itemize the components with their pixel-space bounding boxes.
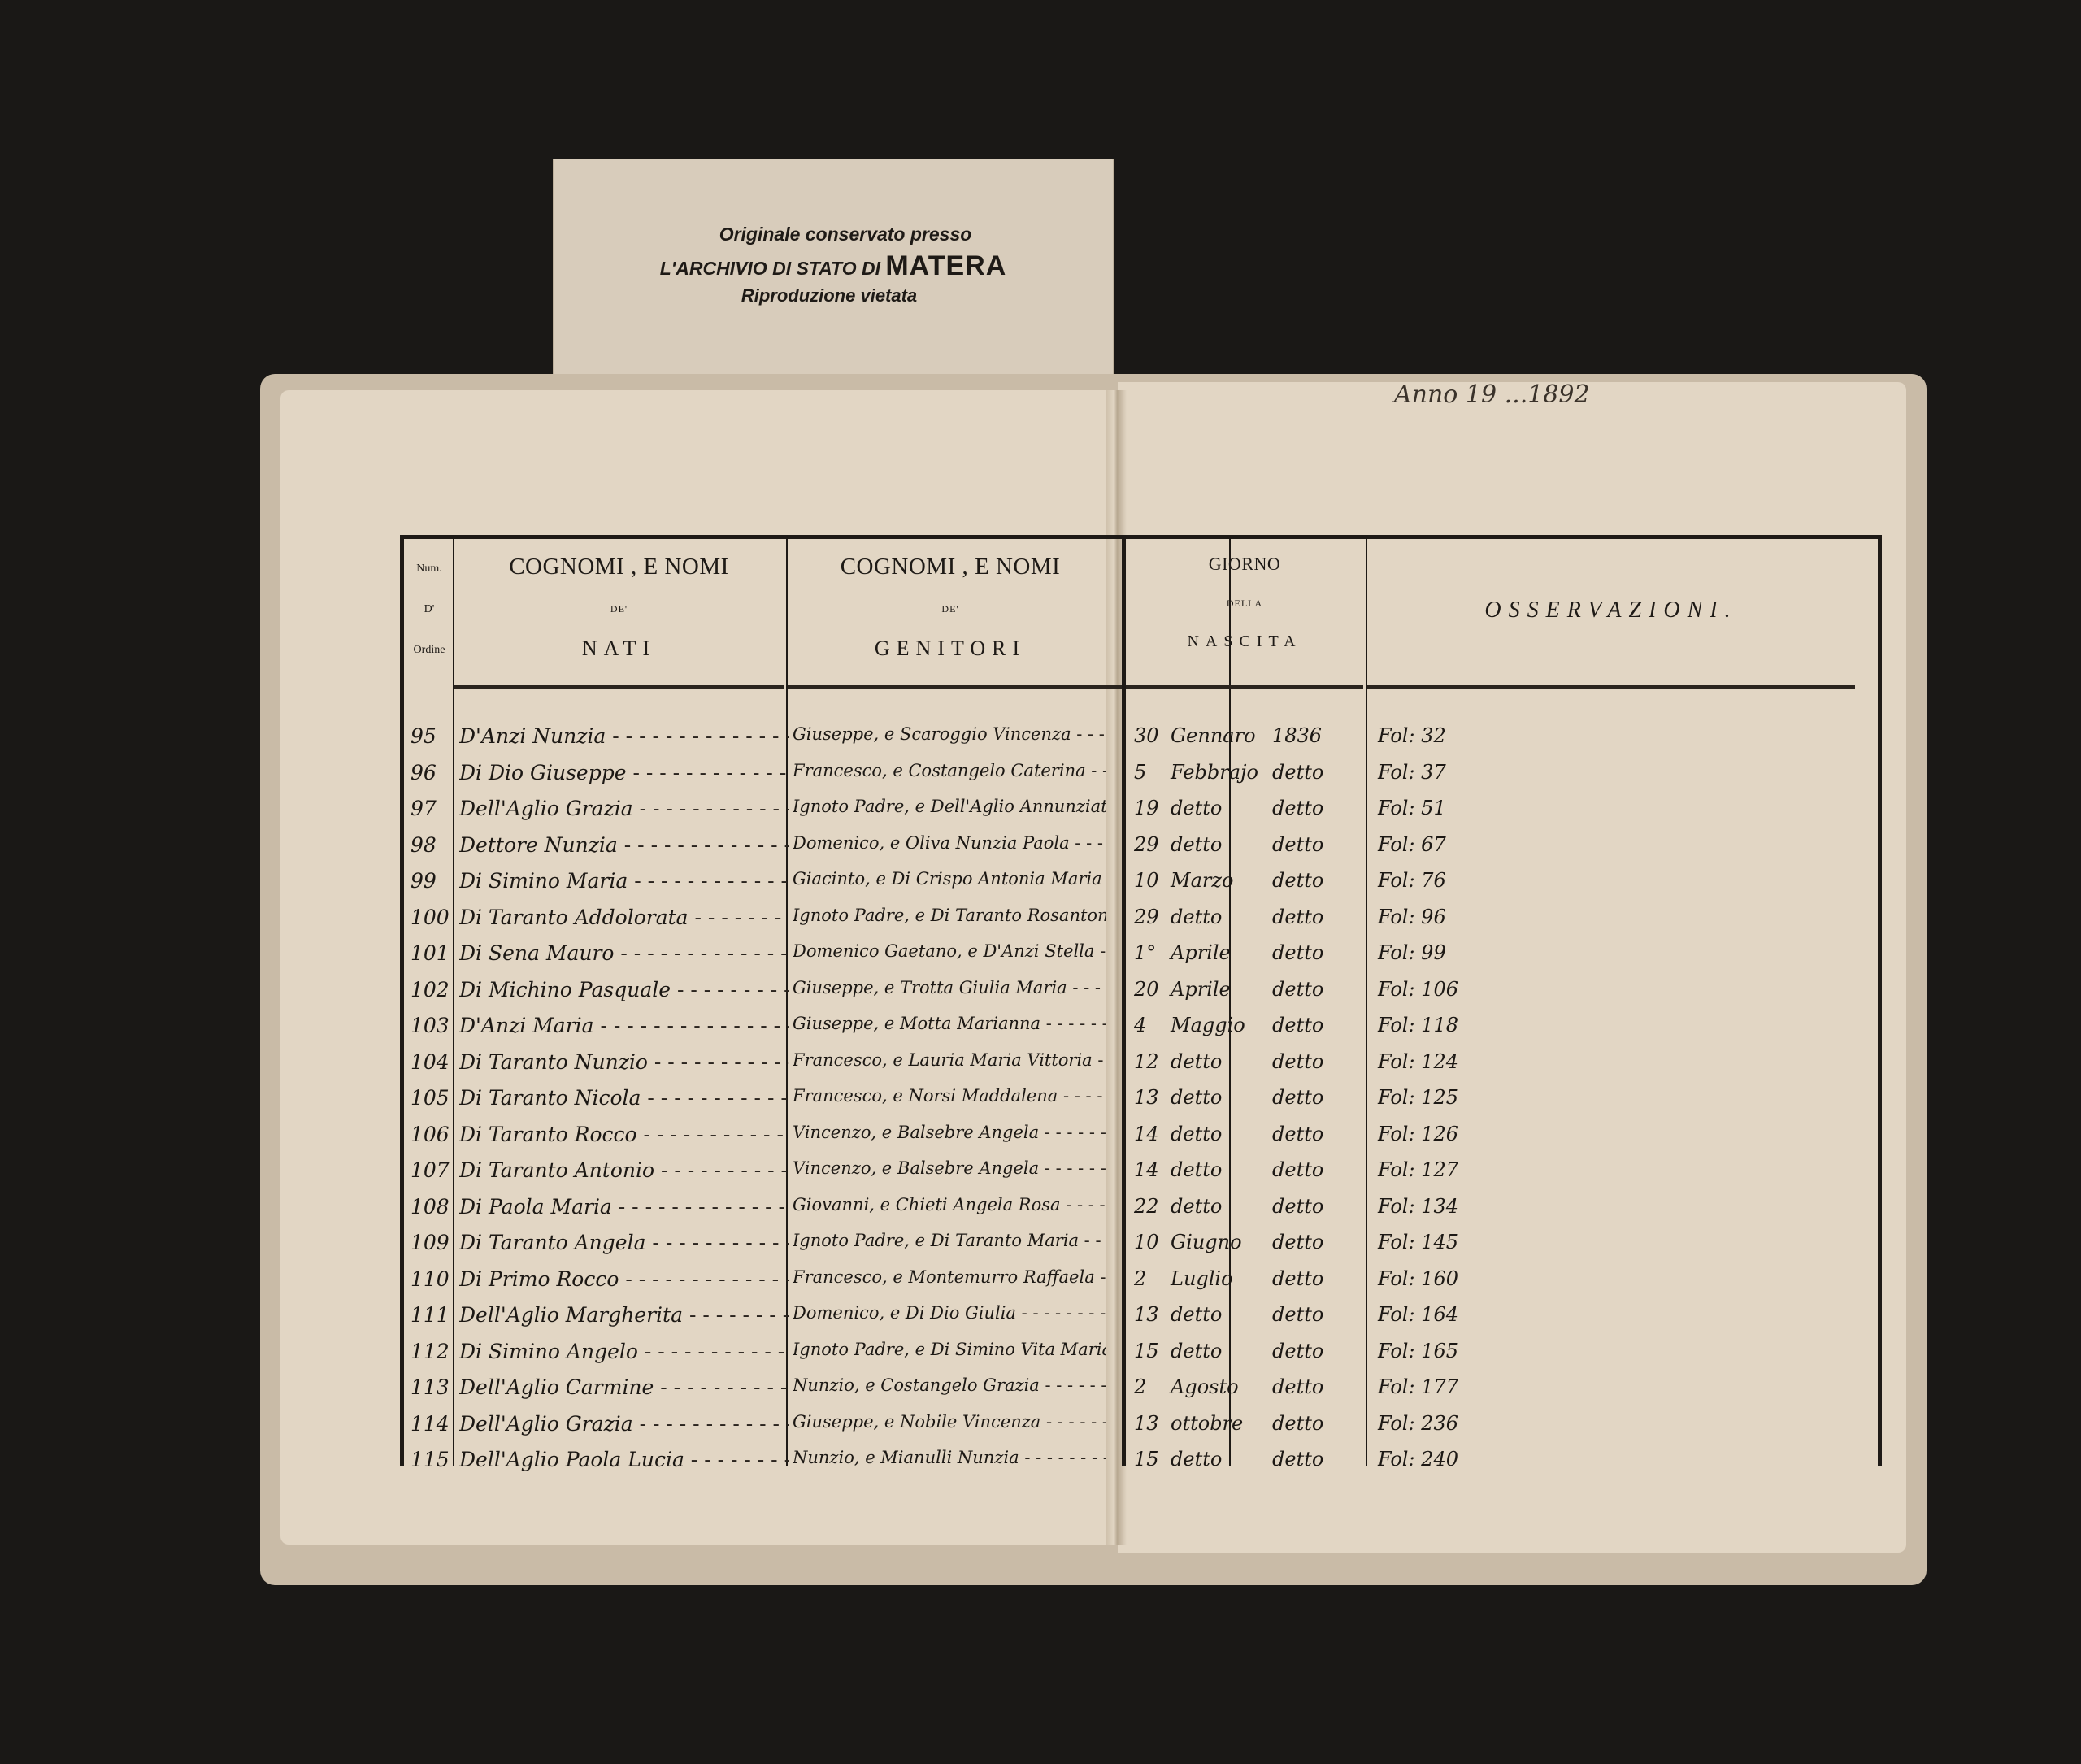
table-row: 13dettodettoFol: 164 — [1126, 1303, 1857, 1336]
birth-month: detto — [1171, 1340, 1260, 1362]
register-book: Anno 19 ...1892 Num. D' Ordine COGNOMI ,… — [260, 358, 1927, 1585]
row-number: 96 — [404, 761, 459, 784]
folio-reference: Fol: 125 — [1378, 1086, 1475, 1109]
right-ledger-table: GIORNO DELLA NASCITA OSSERVAZIONI. 30Gen… — [1122, 535, 1882, 1466]
folio-reference: Fol: 164 — [1378, 1303, 1475, 1326]
table-row: 5FebbrajodettoFol: 37 — [1126, 761, 1857, 793]
row-number: 109 — [404, 1231, 459, 1254]
table-row: 109Di Taranto AngelaIgnoto Padre, e Di T… — [404, 1231, 1225, 1263]
birth-day: 15 — [1134, 1448, 1166, 1471]
folio-reference: Fol: 160 — [1378, 1267, 1475, 1290]
folio-reference: Fol: 177 — [1378, 1375, 1475, 1398]
row-number: 115 — [404, 1448, 459, 1471]
birth-day: 20 — [1134, 978, 1166, 1001]
child-name: Di Michino Pasquale — [459, 978, 789, 1001]
folio-reference: Fol: 37 — [1378, 761, 1475, 784]
stamp-line-reproduction: Riproduzione vietata — [545, 285, 1114, 306]
parents-names: Giuseppe, e Trotta Giulia Maria — [793, 978, 1106, 997]
birth-year: detto — [1272, 833, 1345, 856]
birth-month: detto — [1171, 1086, 1260, 1109]
birth-year: detto — [1272, 1340, 1345, 1362]
parents-names: Francesco, e Costangelo Caterina — [793, 761, 1106, 780]
child-name: Di Primo Rocco — [459, 1267, 789, 1291]
parents-names: Francesco, e Lauria Maria Vittoria — [793, 1050, 1106, 1070]
table-row: 96Di Dio GiuseppeFrancesco, e Costangelo… — [404, 761, 1225, 793]
birth-day: 12 — [1134, 1050, 1166, 1073]
parents-names: Giovanni, e Chieti Angela Rosa — [793, 1195, 1106, 1214]
table-row: 105Di Taranto NicolaFrancesco, e Norsi M… — [404, 1086, 1225, 1119]
parents-names: Ignoto Padre, e Di Simino Vita Maria — [793, 1340, 1106, 1359]
row-number: 114 — [404, 1412, 459, 1436]
parents-names: Giuseppe, e Motta Marianna — [793, 1014, 1106, 1033]
stamp-line-original: Originale conservato presso — [577, 224, 1114, 245]
birth-day: 2 — [1134, 1267, 1166, 1290]
birth-day: 15 — [1134, 1340, 1166, 1362]
child-name: Dell'Aglio Carmine — [459, 1375, 789, 1399]
folio-reference: Fol: 76 — [1378, 869, 1475, 892]
folio-reference: Fol: 134 — [1378, 1195, 1475, 1218]
parents-names: Giuseppe, e Nobile Vincenza — [793, 1412, 1106, 1432]
row-number: 98 — [404, 833, 459, 857]
child-name: Di Taranto Angela — [459, 1231, 789, 1254]
child-name: Dell'Aglio Margherita — [459, 1303, 789, 1327]
child-name: D'Anzi Maria — [459, 1014, 789, 1037]
table-row: 4MaggiodettoFol: 118 — [1126, 1014, 1857, 1046]
birth-year: detto — [1272, 1448, 1345, 1471]
table-row: 2AgostodettoFol: 177 — [1126, 1375, 1857, 1408]
row-number: 105 — [404, 1086, 459, 1110]
table-row: 15dettodettoFol: 240 — [1126, 1448, 1857, 1480]
table-row: 114Dell'Aglio GraziaGiuseppe, e Nobile V… — [404, 1412, 1225, 1445]
table-row: 103D'Anzi MariaGiuseppe, e Motta Mariann… — [404, 1014, 1225, 1046]
parents-names: Domenico Gaetano, e D'Anzi Stella — [793, 941, 1106, 961]
header-num-label: Num. — [406, 563, 453, 575]
child-name: Dell'Aglio Grazia — [459, 1412, 789, 1436]
table-row: 15dettodettoFol: 165 — [1126, 1340, 1857, 1372]
row-number: 113 — [404, 1375, 459, 1399]
birth-month: Maggio — [1171, 1014, 1260, 1036]
birth-month: detto — [1171, 1123, 1260, 1145]
table-row: 10GiugnodettoFol: 145 — [1126, 1231, 1857, 1263]
header-osservazioni: OSSERVAZIONI. — [1367, 597, 1855, 623]
birth-day: 13 — [1134, 1412, 1166, 1435]
parents-names: Ignoto Padre, e Dell'Aglio Annunziata — [793, 797, 1106, 816]
birth-day: 13 — [1134, 1086, 1166, 1109]
child-name: Di Sena Mauro — [459, 941, 789, 965]
child-name: Di Taranto Nicola — [459, 1086, 789, 1110]
table-row: 99Di Simino MariaGiacinto, e Di Crispo A… — [404, 869, 1225, 902]
stamp-line-archive: L'ARCHIVIO DI STATO DI MATERA — [553, 250, 1114, 282]
birth-year: detto — [1272, 1195, 1345, 1218]
folio-reference: Fol: 165 — [1378, 1340, 1475, 1362]
table-row: 14dettodettoFol: 127 — [1126, 1158, 1857, 1191]
birth-month: Marzo — [1171, 869, 1260, 892]
folio-reference: Fol: 126 — [1378, 1123, 1475, 1145]
folio-reference: Fol: 96 — [1378, 906, 1475, 928]
birth-year: detto — [1272, 1014, 1345, 1036]
child-name: D'Anzi Nunzia — [459, 724, 789, 748]
parents-names: Vincenzo, e Balsebre Angela — [793, 1123, 1106, 1142]
table-row: 13dettodettoFol: 125 — [1126, 1086, 1857, 1119]
table-row: 101Di Sena MauroDomenico Gaetano, e D'An… — [404, 941, 1225, 974]
birth-day: 14 — [1134, 1158, 1166, 1181]
table-row: 14dettodettoFol: 126 — [1126, 1123, 1857, 1155]
table-row: 112Di Simino AngeloIgnoto Padre, e Di Si… — [404, 1340, 1225, 1372]
stamp-archive-prefix: L'ARCHIVIO DI STATO DI — [660, 258, 886, 279]
child-name: Dell'Aglio Grazia — [459, 797, 789, 820]
parents-names: Ignoto Padre, e Di Taranto Rosantonia — [793, 906, 1106, 925]
birth-day: 30 — [1134, 724, 1166, 747]
header-rule — [454, 685, 784, 689]
folio-reference: Fol: 32 — [1378, 724, 1475, 747]
row-number: 100 — [404, 906, 459, 929]
birth-day: 29 — [1134, 833, 1166, 856]
birth-month: Aprile — [1171, 978, 1260, 1001]
child-name: Di Simino Angelo — [459, 1340, 789, 1363]
row-number: 102 — [404, 978, 459, 1001]
birth-month: Aprile — [1171, 941, 1260, 964]
table-row: 108Di Paola MariaGiovanni, e Chieti Ange… — [404, 1195, 1225, 1227]
birth-month: detto — [1171, 1303, 1260, 1326]
header-nati: COGNOMI , E NOMI DE' NATI — [454, 554, 784, 661]
header-giorno-nascita: GIORNO DELLA NASCITA — [1126, 554, 1363, 651]
folio-reference: Fol: 124 — [1378, 1050, 1475, 1073]
table-row: 110Di Primo RoccoFrancesco, e Montemurro… — [404, 1267, 1225, 1300]
table-row: 97Dell'Aglio GraziaIgnoto Padre, e Dell'… — [404, 797, 1225, 829]
row-number: 104 — [404, 1050, 459, 1074]
birth-month: detto — [1171, 797, 1260, 819]
table-row: 22dettodettoFol: 134 — [1126, 1195, 1857, 1227]
table-row: 98Dettore NunziaDomenico, e Oliva Nunzia… — [404, 833, 1225, 866]
folio-reference: Fol: 127 — [1378, 1158, 1475, 1181]
child-name: Dettore Nunzia — [459, 833, 789, 857]
child-name: Di Taranto Nunzio — [459, 1050, 789, 1074]
birth-year: detto — [1272, 941, 1345, 964]
header-rule — [1367, 685, 1855, 689]
birth-month: Gennaro — [1171, 724, 1260, 747]
header-giorno-bottom: NASCITA — [1126, 632, 1363, 651]
header-ordine-label: Ordine — [406, 645, 453, 656]
folio-reference: Fol: 106 — [1378, 978, 1475, 1001]
birth-year: detto — [1272, 1267, 1345, 1290]
child-name: Di Taranto Antonio — [459, 1158, 789, 1182]
birth-day: 4 — [1134, 1014, 1166, 1036]
birth-month: detto — [1171, 1158, 1260, 1181]
birth-day: 1° — [1134, 941, 1166, 964]
table-row: 29dettodettoFol: 67 — [1126, 833, 1857, 866]
birth-day: 13 — [1134, 1303, 1166, 1326]
table-row: 100Di Taranto AddolorataIgnoto Padre, e … — [404, 906, 1225, 938]
parents-names: Vincenzo, e Balsebre Angela — [793, 1158, 1106, 1178]
archive-stamp-card: Originale conservato presso L'ARCHIVIO D… — [553, 159, 1114, 382]
table-row: 113Dell'Aglio CarmineNunzio, e Costangel… — [404, 1375, 1225, 1408]
birth-month: detto — [1171, 1050, 1260, 1073]
child-name: Di Taranto Rocco — [459, 1123, 789, 1146]
table-row: 19dettodettoFol: 51 — [1126, 797, 1857, 829]
birth-day: 5 — [1134, 761, 1166, 784]
parents-names: Giuseppe, e Scaroggio Vincenza — [793, 724, 1106, 744]
header-nati-mid: DE' — [454, 603, 784, 615]
parents-names: Nunzio, e Costangelo Grazia — [793, 1375, 1106, 1395]
birth-day: 19 — [1134, 797, 1166, 819]
row-number: 95 — [404, 724, 459, 748]
birth-month: detto — [1171, 1195, 1260, 1218]
birth-month: Luglio — [1171, 1267, 1260, 1290]
child-name: Di Paola Maria — [459, 1195, 789, 1219]
table-row: 12dettodettoFol: 124 — [1126, 1050, 1857, 1083]
parents-names: Francesco, e Montemurro Raffaela — [793, 1267, 1106, 1287]
birth-year: detto — [1272, 761, 1345, 784]
folio-reference: Fol: 67 — [1378, 833, 1475, 856]
birth-year: detto — [1272, 1303, 1345, 1326]
parents-names: Domenico, e Oliva Nunzia Paola — [793, 833, 1106, 853]
folio-reference: Fol: 99 — [1378, 941, 1475, 964]
birth-year: detto — [1272, 1050, 1345, 1073]
folio-reference: Fol: 145 — [1378, 1231, 1475, 1253]
birth-day: 10 — [1134, 1231, 1166, 1253]
parents-names: Nunzio, e Mianulli Nunzia — [793, 1448, 1106, 1467]
birth-month: detto — [1171, 906, 1260, 928]
birth-month: Giugno — [1171, 1231, 1260, 1253]
table-row: 111Dell'Aglio MargheritaDomenico, e Di D… — [404, 1303, 1225, 1336]
birth-day: 14 — [1134, 1123, 1166, 1145]
folio-reference: Fol: 240 — [1378, 1448, 1475, 1471]
birth-year: detto — [1272, 906, 1345, 928]
parents-names: Francesco, e Norsi Maddalena — [793, 1086, 1106, 1106]
table-row: 95D'Anzi NunziaGiuseppe, e Scaroggio Vin… — [404, 724, 1225, 757]
header-d-label: D' — [406, 604, 453, 615]
birth-month: Agosto — [1171, 1375, 1260, 1398]
birth-day: 2 — [1134, 1375, 1166, 1398]
table-row: 2LugliodettoFol: 160 — [1126, 1267, 1857, 1300]
birth-year: detto — [1272, 978, 1345, 1001]
birth-day: 22 — [1134, 1195, 1166, 1218]
table-row: 29dettodettoFol: 96 — [1126, 906, 1857, 938]
table-row: 10MarzodettoFol: 76 — [1126, 869, 1857, 902]
table-row: 107Di Taranto AntonioVincenzo, e Balsebr… — [404, 1158, 1225, 1191]
folio-reference: Fol: 51 — [1378, 797, 1475, 819]
header-giorno-top: GIORNO — [1126, 554, 1363, 575]
table-row: 102Di Michino PasqualeGiuseppe, e Trotta… — [404, 978, 1225, 1010]
birth-month: detto — [1171, 1448, 1260, 1471]
row-number: 99 — [404, 869, 459, 893]
birth-year: detto — [1272, 1086, 1345, 1109]
row-number: 107 — [404, 1158, 459, 1182]
folio-reference: Fol: 118 — [1378, 1014, 1475, 1036]
stamp-city: MATERA — [885, 250, 1006, 281]
folio-reference: Fol: 236 — [1378, 1412, 1475, 1435]
row-number: 103 — [404, 1014, 459, 1037]
child-name: Di Dio Giuseppe — [459, 761, 789, 784]
header-nati-top: COGNOMI , E NOMI — [454, 554, 784, 580]
row-number: 108 — [404, 1195, 459, 1219]
table-row: 106Di Taranto RoccoVincenzo, e Balsebre … — [404, 1123, 1225, 1155]
row-number: 111 — [404, 1303, 459, 1327]
child-name: Dell'Aglio Paola Lucia — [459, 1448, 789, 1471]
row-number: 97 — [404, 797, 459, 820]
parents-names: Giacinto, e Di Crispo Antonia Maria — [793, 869, 1106, 889]
birth-month: detto — [1171, 833, 1260, 856]
table-row: 30Gennaro1836Fol: 32 — [1126, 724, 1857, 757]
birth-year: detto — [1272, 797, 1345, 819]
row-number: 101 — [404, 941, 459, 965]
header-nati-bottom: NATI — [454, 637, 784, 661]
row-number: 112 — [404, 1340, 459, 1363]
table-row: 13ottobredettoFol: 236 — [1126, 1412, 1857, 1445]
row-number: 110 — [404, 1267, 459, 1291]
table-row: 1°ApriledettoFol: 99 — [1126, 941, 1857, 974]
birth-month: Febbrajo — [1171, 761, 1260, 784]
table-row: 104Di Taranto NunzioFrancesco, e Lauria … — [404, 1050, 1225, 1083]
header-genitori-mid: DE' — [788, 603, 1113, 615]
birth-year: detto — [1272, 1375, 1345, 1398]
header-genitori: COGNOMI , E NOMI DE' GENITORI — [788, 554, 1113, 661]
child-name: Di Simino Maria — [459, 869, 789, 893]
header-giorno-mid: DELLA — [1126, 597, 1363, 610]
birth-year: detto — [1272, 1158, 1345, 1181]
parents-names: Ignoto Padre, e Di Taranto Maria — [793, 1231, 1106, 1250]
birth-year: detto — [1272, 1123, 1345, 1145]
birth-day: 29 — [1134, 906, 1166, 928]
volume-note: Anno 19 ...1892 — [1394, 380, 1590, 409]
parents-names: Domenico, e Di Dio Giulia — [793, 1303, 1106, 1323]
row-number: 106 — [404, 1123, 459, 1146]
header-genitori-top: COGNOMI , E NOMI — [788, 554, 1113, 580]
birth-month: ottobre — [1171, 1412, 1260, 1435]
header-num-ordine: Num. D' Ordine — [406, 563, 453, 685]
table-row: 115Dell'Aglio Paola LuciaNunzio, e Mianu… — [404, 1448, 1225, 1480]
table-row: 20ApriledettoFol: 106 — [1126, 978, 1857, 1010]
archive-stamp-text: Originale conservato presso L'ARCHIVIO D… — [553, 224, 1114, 306]
birth-year: detto — [1272, 869, 1345, 892]
header-rule — [1126, 685, 1363, 689]
birth-year: detto — [1272, 1412, 1345, 1435]
birth-day: 10 — [1134, 869, 1166, 892]
child-name: Di Taranto Addolorata — [459, 906, 789, 929]
birth-year: 1836 — [1272, 724, 1345, 747]
header-genitori-bottom: GENITORI — [788, 637, 1113, 661]
birth-year: detto — [1272, 1231, 1345, 1253]
